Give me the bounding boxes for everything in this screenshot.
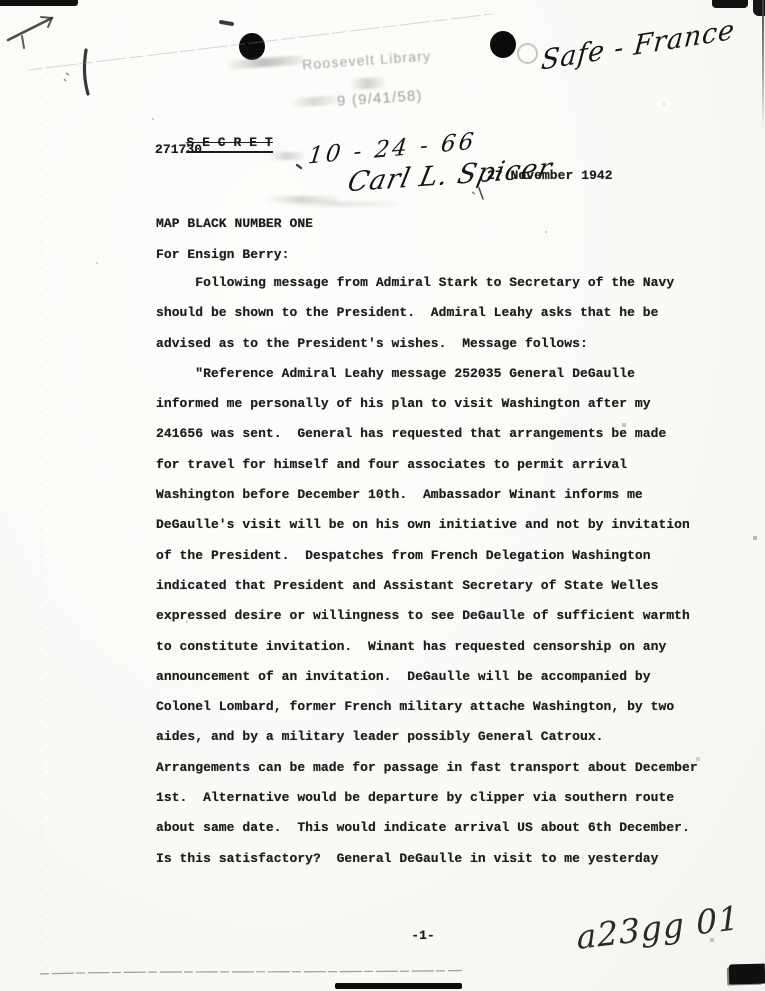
stamp-smudge-2 (350, 77, 385, 90)
handwritten-file-note: Safe - France (540, 14, 736, 77)
scan-mark-top-small (219, 20, 234, 27)
stamp-smudge-1 (225, 55, 303, 69)
pencil-dots (64, 73, 69, 81)
document-title: MAP BLACK NUMBER ONE (156, 216, 313, 231)
page-number: -1- (405, 928, 441, 943)
registry-number: 271730 (155, 142, 202, 157)
stamp-smudge-6 (280, 201, 400, 207)
scan-edge-blob-top-right (712, 0, 748, 8)
document-body: Following message from Admiral Stark to … (156, 268, 716, 874)
hole-punch-left (239, 33, 265, 60)
body-line: 241656 was sent. General has requested t… (156, 419, 716, 449)
archive-stamp-library: Roosevelt Library (302, 48, 432, 73)
scan-blob-bottom-right (729, 964, 765, 985)
body-line: should be shown to the President. Admira… (156, 298, 716, 328)
body-line: Is this satisfactory? General DeGaulle i… (156, 844, 716, 874)
body-line: expressed desire or willingness to see D… (156, 601, 716, 631)
hole-punch-right (490, 31, 516, 58)
body-line: Colonel Lombard, former French military … (156, 692, 716, 722)
body-line: to constitute invitation. Winant has req… (156, 632, 716, 662)
salutation: For Ensign Berry: (156, 247, 289, 262)
scan-bar-bottom (335, 983, 462, 989)
body-line: about same date. This would indicate arr… (156, 813, 716, 843)
body-line: Arrangements can be made for passage in … (156, 753, 716, 783)
ink-dot-left-of-date (297, 165, 301, 168)
pen-flourish-mark (479, 188, 483, 199)
scan-edge-bar-top-left (0, 0, 78, 6)
paper-speckles (0, 0, 2, 2)
handwritten-catalog-code: a23gg 01 (576, 898, 741, 957)
body-line: Following message from Admiral Stark to … (156, 268, 716, 298)
body-line: advised as to the President's wishes. Me… (156, 329, 716, 359)
body-line: 1st. Alternative would be departure by c… (156, 783, 716, 813)
stamp-smudge-4 (268, 152, 304, 160)
body-line: of the President. Despatches from French… (156, 541, 716, 571)
body-line: informed me personally of his plan to vi… (156, 389, 716, 419)
hole-punch-ghost-ring (517, 43, 538, 64)
pencil-tick-mark (22, 36, 24, 48)
body-line: aides, and by a military leader possibly… (156, 722, 716, 752)
body-line: indicated that President and Assistant S… (156, 571, 716, 601)
pencil-arrow-stroke (8, 18, 52, 40)
pencil-arrowhead (41, 17, 52, 27)
pencil-vertical-stroke (84, 50, 88, 94)
stamp-smudge-3 (290, 95, 339, 107)
archive-stamp-box-number: 9 (9/41/58) (337, 87, 424, 110)
body-line: DeGaulle's visit will be on his own init… (156, 510, 716, 540)
body-line: Washington before December 10th. Ambassa… (156, 480, 716, 510)
body-line: announcement of an invitation. DeGaulle … (156, 662, 716, 692)
body-line: for travel for himself and four associat… (156, 450, 716, 480)
scanned-document-page: Roosevelt Library 9 (9/41/58) S E C R E … (0, 0, 765, 991)
body-line: "Reference Admiral Leahy message 252035 … (156, 359, 716, 389)
scan-scratch-line-bottom (40, 971, 462, 975)
pen-dot-mark (472, 192, 475, 194)
scan-edge-line-right (762, 0, 764, 130)
